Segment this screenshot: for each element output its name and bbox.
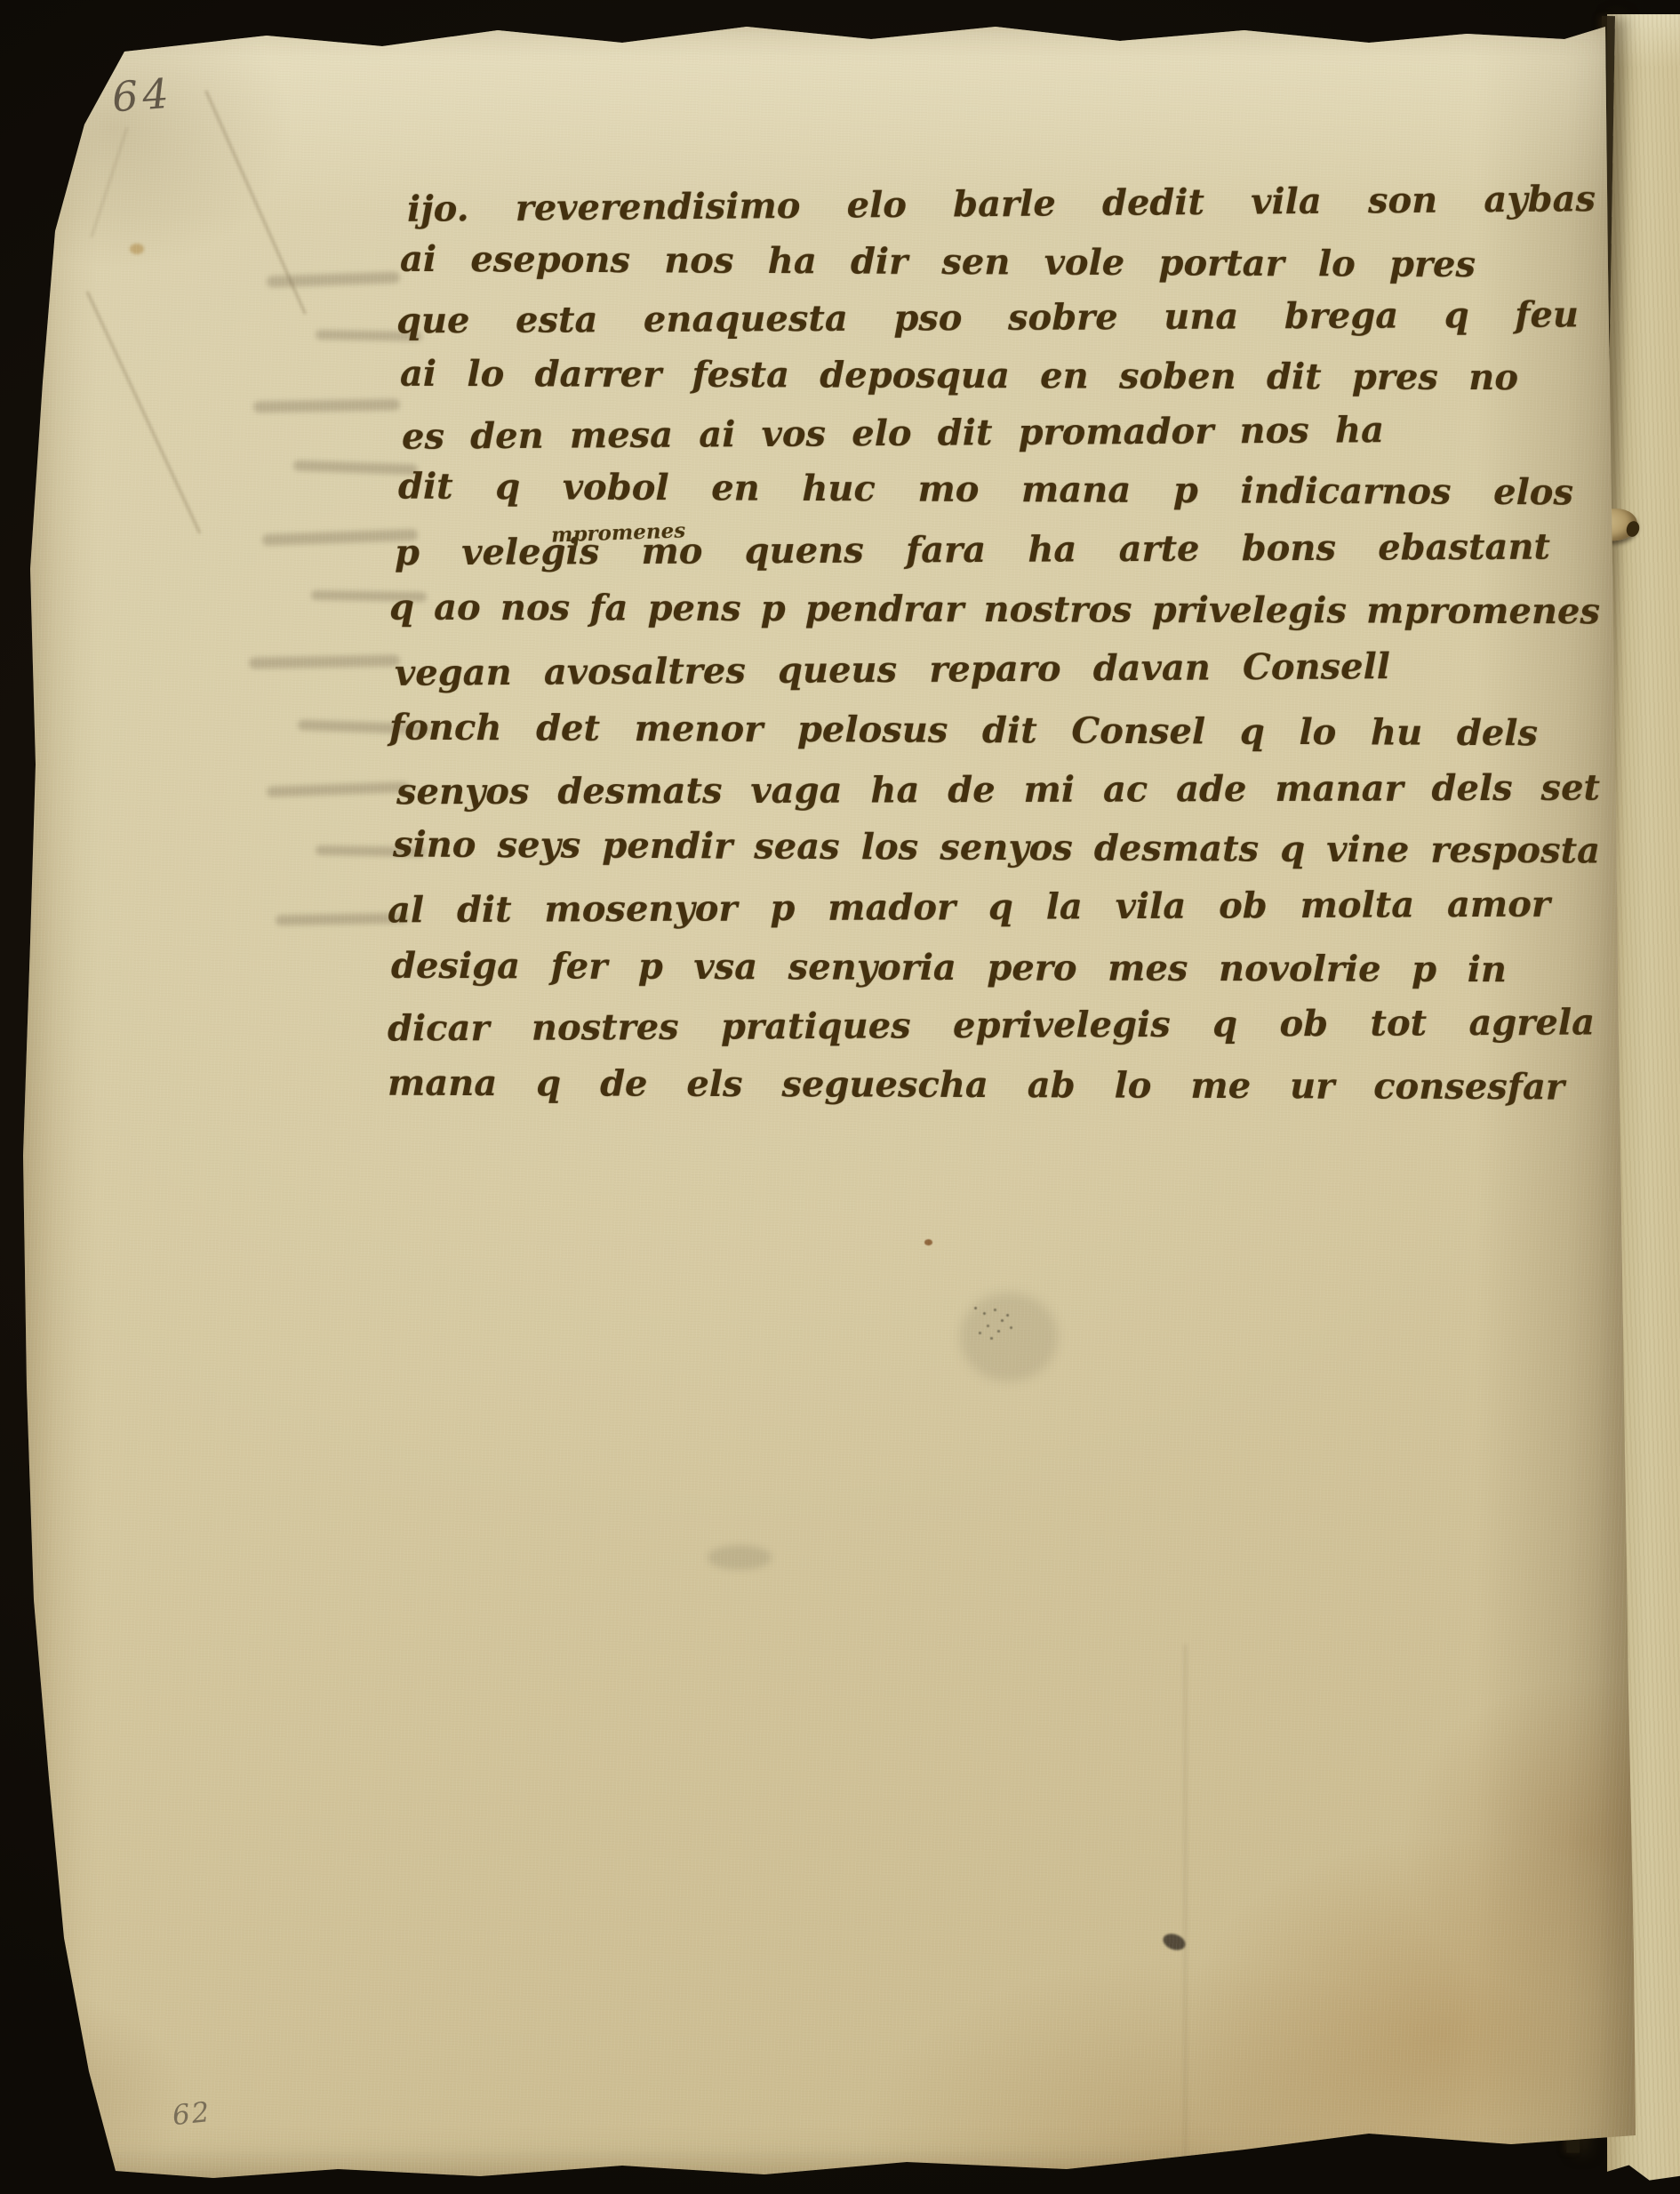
stain — [130, 244, 144, 254]
stain — [924, 1239, 932, 1245]
manuscript-line: q ao nos fa pens p pendrar nostros prive… — [389, 585, 1600, 636]
showthrough-mark — [267, 781, 409, 797]
manuscript-line: al dit mosenyor p mador q la vila ob mol… — [388, 882, 1550, 934]
manuscript-line: vegan avosaltres queus reparo davan Cons… — [395, 644, 1390, 697]
folio-number: 64 — [110, 69, 174, 122]
manuscript-line: ai lo darrer festa deposqua en soben dit… — [400, 351, 1518, 401]
manuscript-line: dit q vobol en huc mo mana p indicarnos … — [398, 464, 1573, 516]
interlinear-word: mpromenes — [551, 518, 686, 547]
manuscript-line: desiga fer p vsa senyoria pero mes novol… — [391, 943, 1507, 993]
manuscript-line: ai esepons nos ha dir sen vole portar lo… — [400, 236, 1476, 288]
paper-crease — [86, 291, 202, 533]
manuscript-line: senyos desmats vaga ha de mi ac ade mana… — [396, 765, 1600, 816]
manuscript-line: dicar nostres pratiques eprivelegis q ob… — [388, 999, 1595, 1052]
pencil-mark: 62 — [171, 2096, 212, 2132]
manuscript-line: es den mesa ai vos elo dit promador nos … — [402, 407, 1384, 460]
stain — [708, 1545, 772, 1570]
manuscript-line: que esta enaquesta pso sobre una brega q… — [396, 292, 1579, 345]
paper-crease — [91, 127, 128, 237]
paper-fold — [1184, 1645, 1187, 2160]
manuscript-line: sino seys pendir seas los senyos desmats… — [393, 821, 1600, 874]
showthrough-mark — [249, 655, 400, 669]
manuscript-line: fonch det menor pelosus dit Consel q lo … — [389, 705, 1538, 757]
stain — [960, 1293, 1058, 1381]
manuscript-scan: 64 ijo. reverendisimo elo barle dedit vi… — [0, 0, 1680, 2194]
manuscript-line: mana q de els seguescha ab lo me ur cons… — [388, 1061, 1564, 1111]
showthrough-mark — [253, 399, 400, 413]
